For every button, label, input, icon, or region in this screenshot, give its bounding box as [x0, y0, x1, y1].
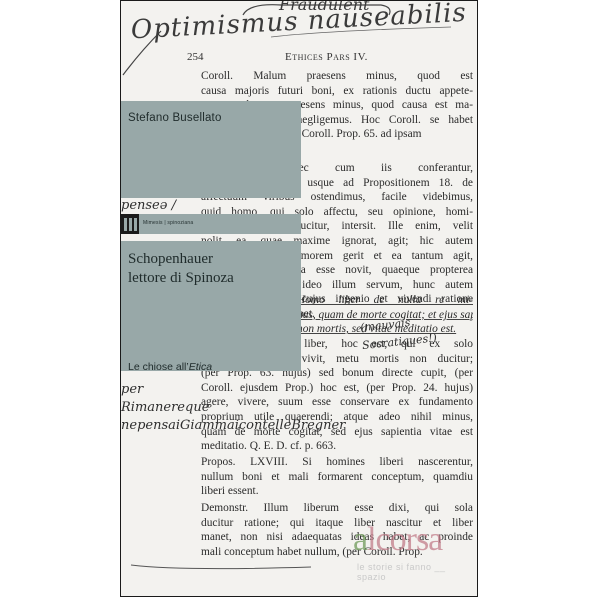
- author-name: Stefano Busellato: [128, 112, 222, 124]
- book-cover: Fraudulent Optimismus nauseabilis 254 Et…: [120, 0, 478, 597]
- text-line: Giammai: [180, 418, 239, 433]
- subtitle-italic: Etica: [189, 361, 212, 373]
- text-line: Coroll. ejusdem Prop.) hoc est, (per Pro…: [201, 381, 473, 396]
- running-head: Ethices Pars IV.: [285, 51, 368, 63]
- subtitle-prefix: Le chiose all’: [128, 361, 189, 373]
- text-line: causa majoris futuri boni, ex rationis d…: [201, 84, 473, 99]
- text-line: Homo liber de nulla re mi-: [297, 293, 473, 308]
- text-line: Propos. LXVIII. Si homines liberi nascer…: [201, 455, 473, 470]
- text-line: pense: [121, 198, 160, 213]
- text-line: Coroll. Malum praesens minus, quod est: [201, 69, 473, 84]
- title-line-2: lettore di Spinoza: [128, 269, 298, 288]
- author-panel: Stefano Busellato: [121, 101, 301, 198]
- text-line: ǝ /: [160, 198, 176, 213]
- text-line: liberi essent.: [201, 484, 473, 499]
- book-title: Schopenhauer lettore di Spinoza: [128, 250, 298, 288]
- publisher-strip: Mimesis | spinoziana: [121, 214, 301, 234]
- publisher-series: Mimesis | spinoziana: [143, 220, 193, 226]
- margin-handwriting-left-1: penseǝ /: [121, 197, 201, 215]
- mimesis-m-logo-icon: [121, 214, 139, 234]
- text-line: nullum boni et mali formarent conceptum,…: [201, 470, 473, 485]
- watermark-logo: alcorsa: [353, 523, 442, 557]
- text-line: contelle: [239, 418, 291, 433]
- text-line: pensai: [137, 418, 180, 433]
- handwriting-underline: [121, 561, 321, 581]
- text-line: Demonstr. Illum liberum esse dixi, qui s…: [201, 501, 473, 516]
- paragraph-5: Propos. LXVIII. Si homines liberi nascer…: [201, 455, 473, 499]
- watermark-tagline: le storie si fanno __ spazio: [357, 562, 477, 582]
- text-line: agere, vivere, suum esse conservare ex f…: [201, 395, 473, 410]
- margin-handwriting-left-2: per Rimanereque nepensaiGiammaicontelleB…: [121, 381, 201, 435]
- page-header: 254 Ethices Pars IV.: [121, 51, 478, 67]
- page-number: 254: [187, 51, 204, 63]
- title-line-1: Schopenhauer: [128, 250, 298, 269]
- text-line: Bregner: [291, 418, 345, 433]
- title-panel: Schopenhauer lettore di Spinoza Le chios…: [121, 241, 301, 371]
- text-line: meditatio. Q. E. D. cf. p. 663.: [201, 439, 473, 454]
- text-line: per Rimanere: [121, 382, 185, 415]
- book-subtitle: Le chiose all’Etica: [128, 361, 212, 373]
